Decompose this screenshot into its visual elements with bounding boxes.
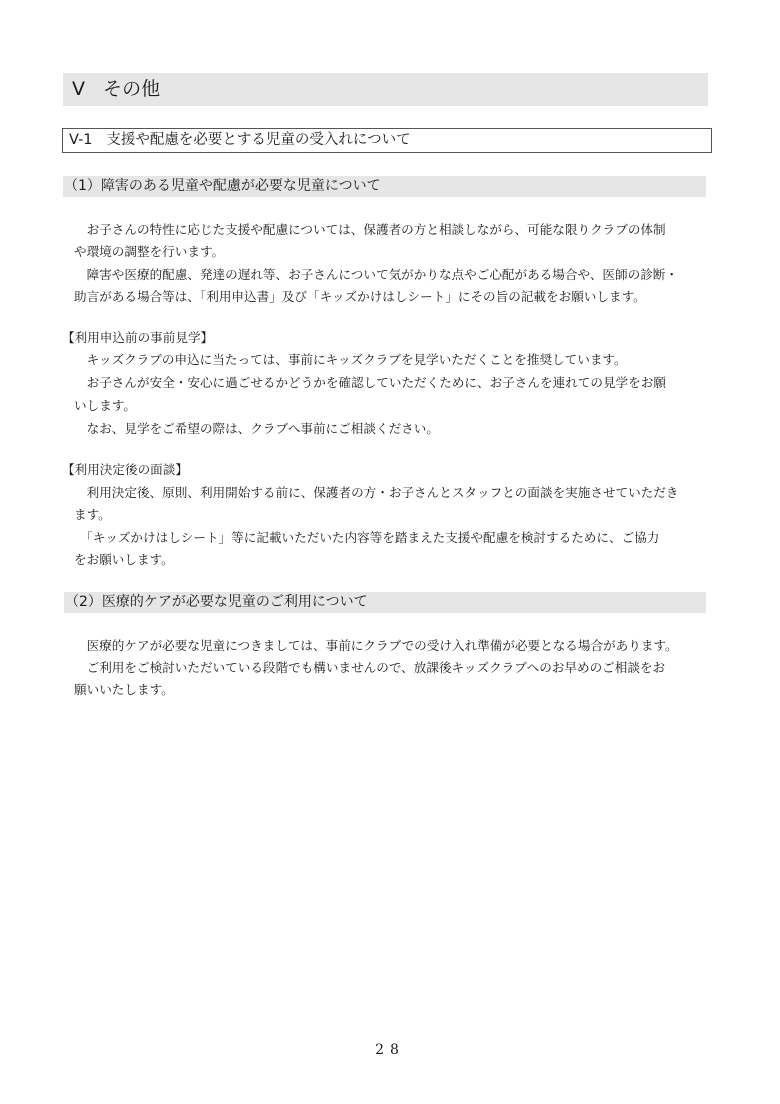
paragraph-line: 願いいたします。: [74, 678, 174, 701]
pre-visit-label: 【利用申込前の事前見学】: [62, 326, 213, 349]
section-title: 支援や配慮を必要とする児童の受入れについて: [106, 132, 410, 148]
chapter-heading: V その他: [72, 74, 160, 104]
paragraph-line: お子さんの特性に応じた支援や配慮については、保護者の方と相談しながら、可能な限り…: [74, 218, 666, 241]
page-number: 28: [0, 1042, 780, 1058]
paragraph-line: 利用決定後、原則、利用開始する前に、保護者の方・お子さんとスタッフとの面談を実施…: [74, 481, 679, 504]
paragraph-line: ます。: [74, 503, 111, 526]
paragraph-line: をお願いします。: [74, 548, 174, 571]
section-heading: V-1 支援や配慮を必要とする児童の受入れについて: [69, 130, 411, 151]
paragraph-line: 障害や医療的配慮、発達の遅れ等、お子さんについて気がかりな点やご心配がある場合や…: [74, 263, 678, 286]
paragraph-line: 「キッズかけはしシート」等に記載いただいた内容等を踏まえた支援や配慮を検討するた…: [74, 526, 659, 549]
paragraph-line: なお、見学をご希望の際は、クラブへ事前にご相談ください。: [74, 417, 439, 440]
paragraph-line: 医療的ケアが必要な児童につきましては、事前にクラブでの受け入れ準備が必要となる場…: [74, 634, 678, 657]
interview-label: 【利用決定後の面談】: [62, 458, 188, 481]
chapter-number: V: [72, 78, 85, 100]
paragraph-line: ご利用をご検討いただいている段階でも構いませんので、放課後キッズクラブへのお早め…: [74, 656, 665, 679]
paragraph-line: お子さんが安全・安心に過ごせるかどうかを確認していただくために、お子さんを連れて…: [74, 371, 666, 394]
section-number: V-1: [69, 132, 93, 148]
paragraph-line: や環境の調整を行います。: [74, 240, 224, 263]
subsection1-heading: （1）障害のある児童や配慮が必要な児童について: [64, 176, 381, 197]
chapter-title: その他: [103, 78, 160, 100]
paragraph-line: 助言がある場合等は、「利用申込書」及び「キッズかけはしシート」にその旨の記載をお…: [74, 285, 646, 308]
paragraph-line: いします。: [74, 394, 136, 417]
subsection2-heading: （2）医療的ケアが必要な児童のご利用について: [65, 592, 368, 613]
paragraph-line: キッズクラブの申込に当たっては、事前にキッズクラブを見学いただくことを推奨してい…: [74, 348, 627, 371]
